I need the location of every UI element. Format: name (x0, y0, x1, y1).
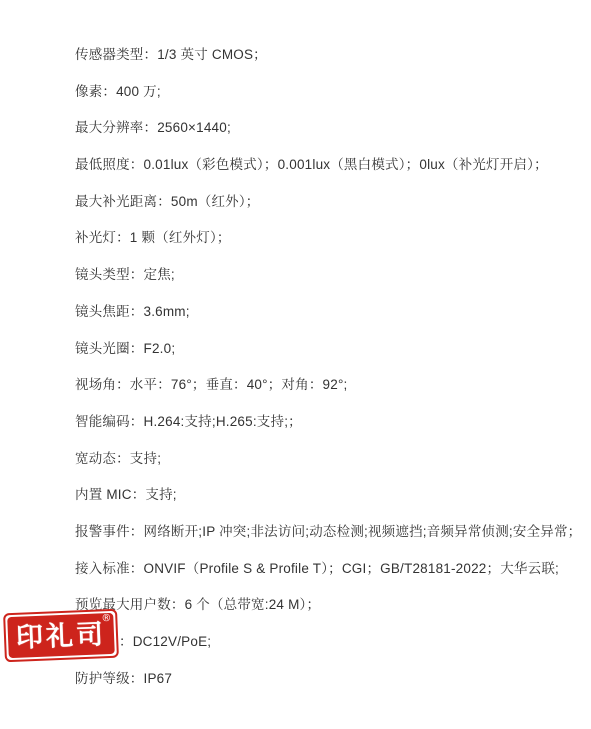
spec-line-wdr: 宽动态：支持; (75, 441, 581, 478)
spec-line-lens-type: 镜头类型：定焦; (75, 257, 581, 294)
spec-line-built-in-mic: 内置 MIC：支持; (75, 477, 581, 514)
spec-line-ip-rating: 防护等级：IP67 (75, 661, 581, 698)
spec-text-block: 传感器类型：1/3 英寸 CMOS； 像素：400 万; 最大分辨率：2560×… (75, 37, 581, 697)
spec-line-pixels: 像素：400 万; (75, 74, 581, 111)
stamp-red-block: 印礼司 ® (7, 613, 115, 658)
yinlisi-seal-stamp: 印礼司 ® (3, 609, 119, 663)
registered-trademark-icon: ® (101, 614, 111, 624)
spec-line-field-of-view: 视场角：水平：76°；垂直：40°；对角：92°; (75, 367, 581, 404)
spec-line-smart-codec: 智能编码：H.264:支持;H.265:支持;； (75, 404, 581, 441)
spec-line-sensor-type: 传感器类型：1/3 英寸 CMOS； (75, 37, 581, 74)
spec-document-page: 传感器类型：1/3 英寸 CMOS； 像素：400 万; 最大分辨率：2560×… (0, 0, 591, 729)
spec-line-min-illumination: 最低照度：0.01lux（彩色模式）；0.001lux（黑白模式）；0lux（补… (75, 147, 581, 184)
spec-line-alarm-events: 报警事件：网络断开;IP 冲突;非法访问;动态检测;视频遮挡;音频异常侦测;安全… (75, 514, 581, 551)
spec-line-max-resolution: 最大分辨率：2560×1440; (75, 110, 581, 147)
spec-line-focal-length: 镜头焦距：3.6mm; (75, 294, 581, 331)
stamp-text: 印礼司 (15, 620, 106, 652)
spec-line-max-ir-distance: 最大补光距离：50m（红外）； (75, 184, 581, 221)
spec-line-aperture: 镜头光圈：F2.0; (75, 331, 581, 368)
spec-line-power-supply: ：DC12V/PoE; (119, 624, 581, 661)
spec-line-protocols: 接入标准：ONVIF（Profile S & Profile T）；CGI；GB… (75, 551, 581, 588)
spec-line-ir-light: 补光灯：1 颗（红外灯）； (75, 220, 581, 257)
spec-line-max-preview-users: 预览最大用户数：6 个（总带宽:24 M）； (75, 587, 581, 624)
